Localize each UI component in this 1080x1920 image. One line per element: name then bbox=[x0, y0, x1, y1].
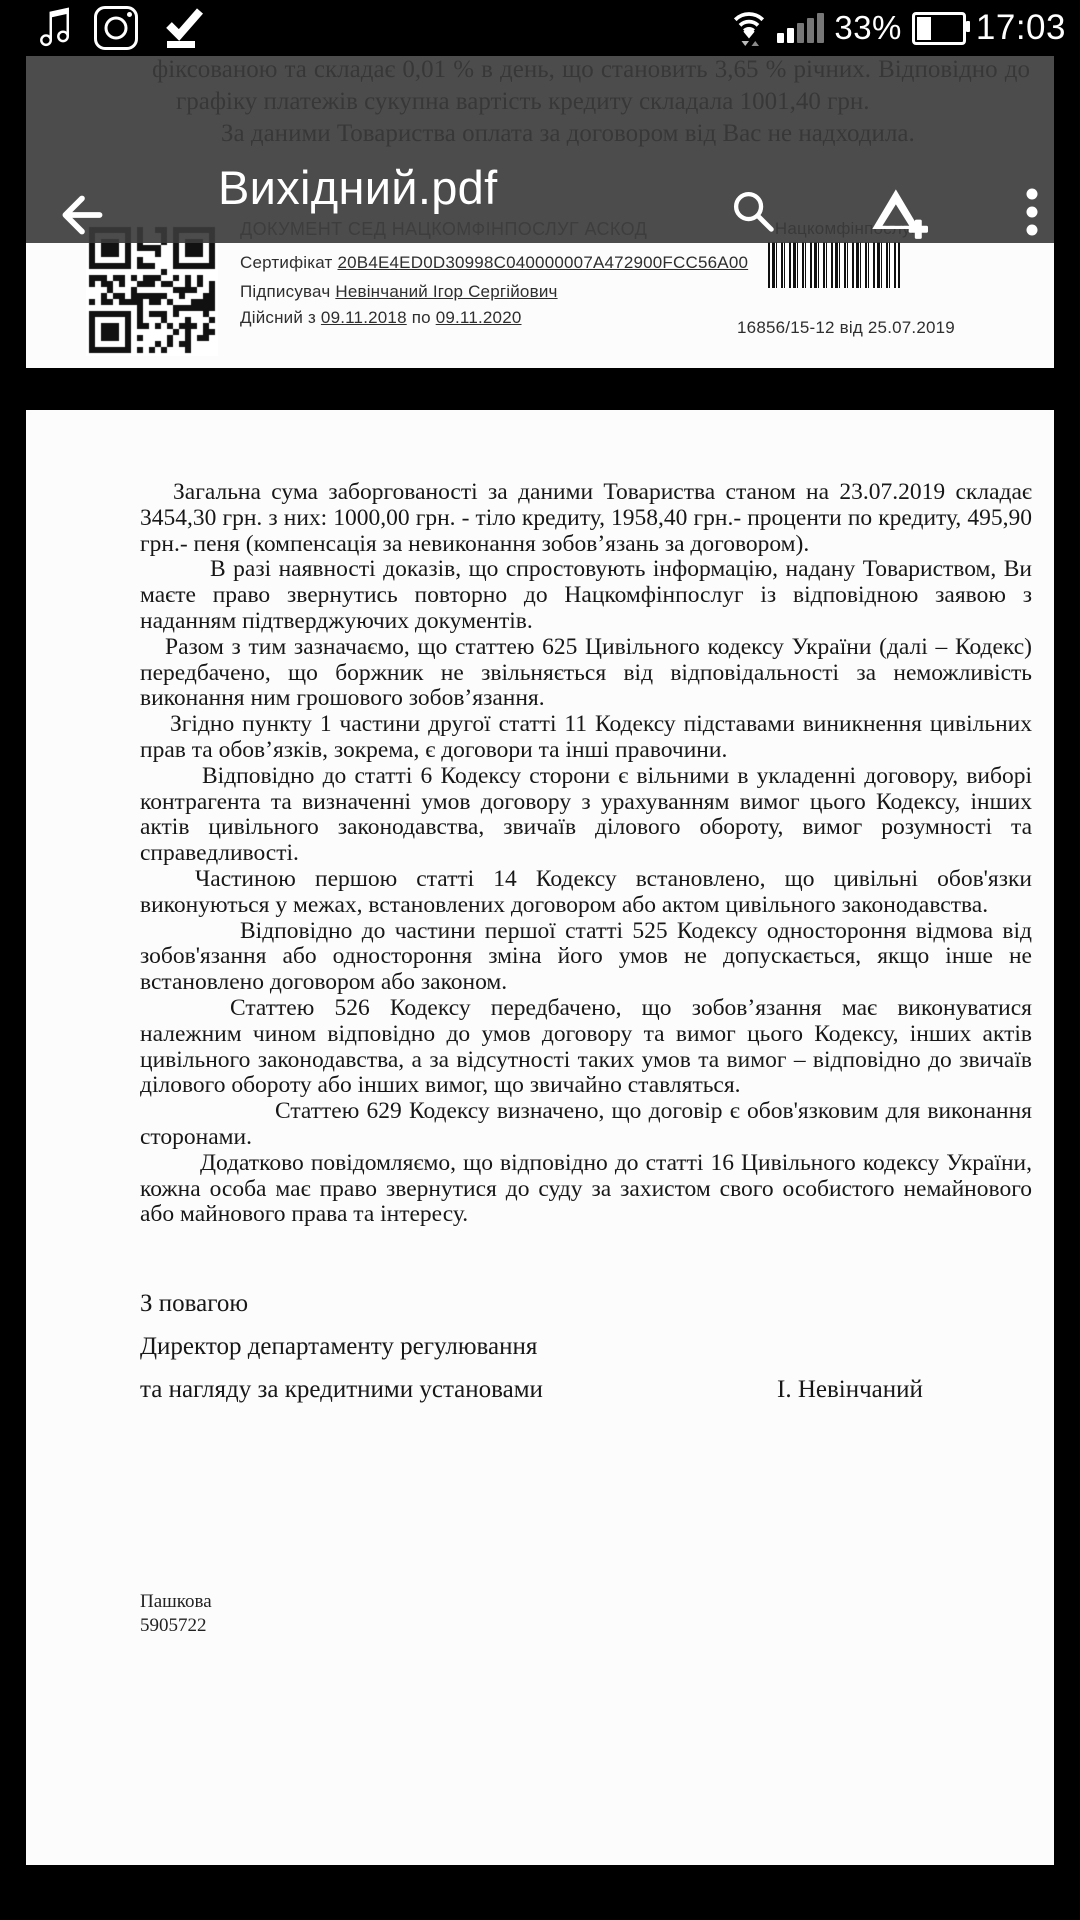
battery-percent-text: 33% bbox=[834, 9, 902, 47]
validity-from: 09.11.2018 bbox=[321, 308, 407, 327]
back-button[interactable] bbox=[54, 188, 112, 247]
closing-regards: З повагою bbox=[140, 1282, 1032, 1325]
body-paragraph: Згідно пункту 1 частини другої статті 11… bbox=[140, 712, 1032, 764]
instagram-icon bbox=[94, 6, 138, 50]
letter-body: Загальна сума заборгованості за даними Т… bbox=[140, 480, 1032, 1228]
document-title: Вихідний.pdf bbox=[218, 160, 497, 215]
validity-to: 09.11.2020 bbox=[436, 308, 522, 327]
signer-line: Підписувач Невінчаний Ігор Сергійович bbox=[240, 282, 558, 302]
certificate-value: 20B4E4ED0D30998C040000007A472900FCC56A00 bbox=[337, 253, 748, 272]
validity-line: Дійсний з 09.11.2018 по 09.11.2020 bbox=[240, 308, 522, 328]
battery-icon bbox=[912, 12, 966, 45]
signal-bars-icon bbox=[777, 13, 824, 43]
body-paragraph: Статтею 629 Кодексу визначено, що догові… bbox=[140, 1099, 1032, 1151]
signer-label: Підписувач bbox=[240, 282, 330, 301]
body-paragraph: Загальна сума заборгованості за даними Т… bbox=[140, 480, 1032, 557]
barcode bbox=[768, 242, 900, 288]
body-paragraph: Відповідно до статті 6 Кодексу сторони є… bbox=[140, 764, 1032, 867]
signer-name: І. Невінчаний bbox=[777, 1368, 923, 1411]
closing-block: З повагою Директор департаменту регулюва… bbox=[140, 1282, 1032, 1411]
body-paragraph: Статтею 526 Кодексу передбачено, що зобо… bbox=[140, 996, 1032, 1099]
music-note-icon bbox=[38, 4, 72, 53]
add-to-drive-button[interactable] bbox=[868, 186, 928, 247]
clock-text: 17:03 bbox=[976, 8, 1066, 48]
body-paragraph: Додатково повідомляємо, що відповідно до… bbox=[140, 1151, 1032, 1228]
closing-title-2: та нагляду за кредитними установами І. Н… bbox=[140, 1368, 1032, 1411]
body-paragraph: В разі наявності доказів, що спростовуют… bbox=[140, 557, 1032, 634]
validity-label: Дійсний з bbox=[240, 308, 316, 327]
pdf-page-2[interactable]: Загальна сума заборгованості за даними Т… bbox=[26, 410, 1054, 1865]
registration-number: 16856/15-12 від 25.07.2019 bbox=[706, 318, 986, 338]
wifi-icon bbox=[731, 6, 767, 51]
executor-footer: Пашкова 5905722 bbox=[140, 1590, 212, 1638]
signer-value: Невінчаний Ігор Сергійович bbox=[335, 282, 557, 301]
pdf-toolbar: Вихідний.pdf bbox=[0, 56, 1080, 243]
search-button[interactable] bbox=[728, 186, 780, 243]
closing-title-1: Директор департаменту регулювання bbox=[140, 1325, 1032, 1368]
overflow-menu-button[interactable] bbox=[1018, 184, 1046, 245]
certificate-label: Сертифікат bbox=[240, 253, 333, 272]
body-paragraph: Разом з тим зазначаємо, що статтею 625 Ц… bbox=[140, 635, 1032, 712]
check-underline-icon bbox=[160, 3, 206, 54]
body-paragraph: Частиною першою статті 14 Кодексу встано… bbox=[140, 867, 1032, 919]
status-bar: 33% 17:03 bbox=[0, 0, 1080, 56]
phone-screen: 33% 17:03 фіксованою та складає 0,01 % в… bbox=[0, 0, 1080, 1920]
executor-name: Пашкова bbox=[140, 1590, 212, 1614]
certificate-line: Сертифікат 20B4E4ED0D30998C040000007A472… bbox=[240, 253, 748, 273]
executor-phone: 5905722 bbox=[140, 1614, 212, 1638]
body-paragraph: Відповідно до частини першої статті 525 … bbox=[140, 919, 1032, 996]
